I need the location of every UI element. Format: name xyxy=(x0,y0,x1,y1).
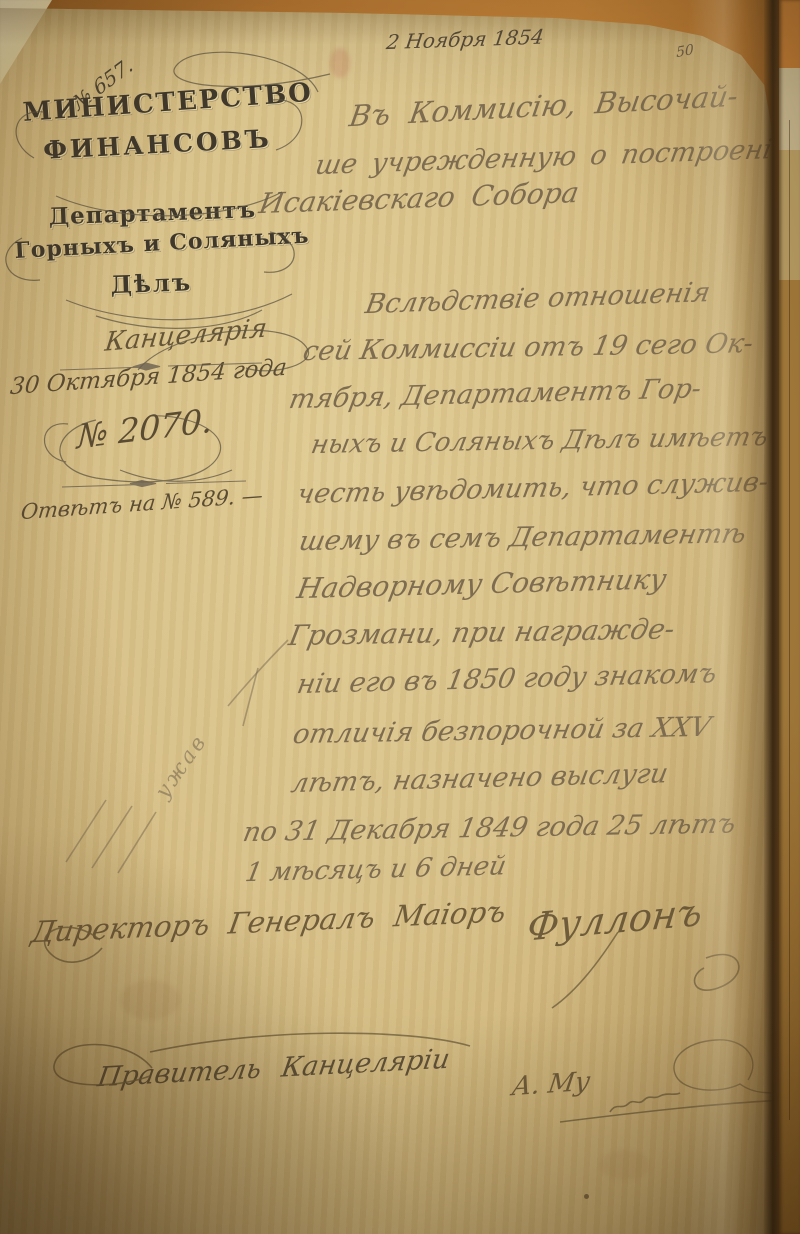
paper-stain xyxy=(330,48,350,78)
department-line3: Дѣлъ xyxy=(86,269,217,298)
book-spine-crevice xyxy=(764,0,780,1234)
page-edge-line xyxy=(789,120,790,1120)
body-line: Грозмани, при награжде- xyxy=(287,615,678,650)
body-line: сей Коммиссіи отъ 19 сего Ок- xyxy=(301,330,756,365)
body-line: отличія безпорочной за XXV xyxy=(291,714,713,748)
clerk-signature: А. Му xyxy=(510,1069,591,1101)
received-date-annotation: 2 Ноября 1854 xyxy=(385,27,545,53)
body-line: 1 мѣсяцъ и 6 дней xyxy=(243,853,508,886)
paper-stain xyxy=(600,1150,650,1180)
body-line: шему въ семъ Департаментѣ xyxy=(297,520,749,555)
paper-stain xyxy=(120,980,180,1020)
page-number: 50 xyxy=(676,43,694,60)
ink-speck xyxy=(584,1194,589,1199)
body-line: ныхъ и Соляныхъ Дѣлъ имѣетъ xyxy=(309,424,770,458)
document-photo: № 657. 2 Ноября 1854 50 МИНИСТЕРСТВО ФИН… xyxy=(0,0,800,1234)
